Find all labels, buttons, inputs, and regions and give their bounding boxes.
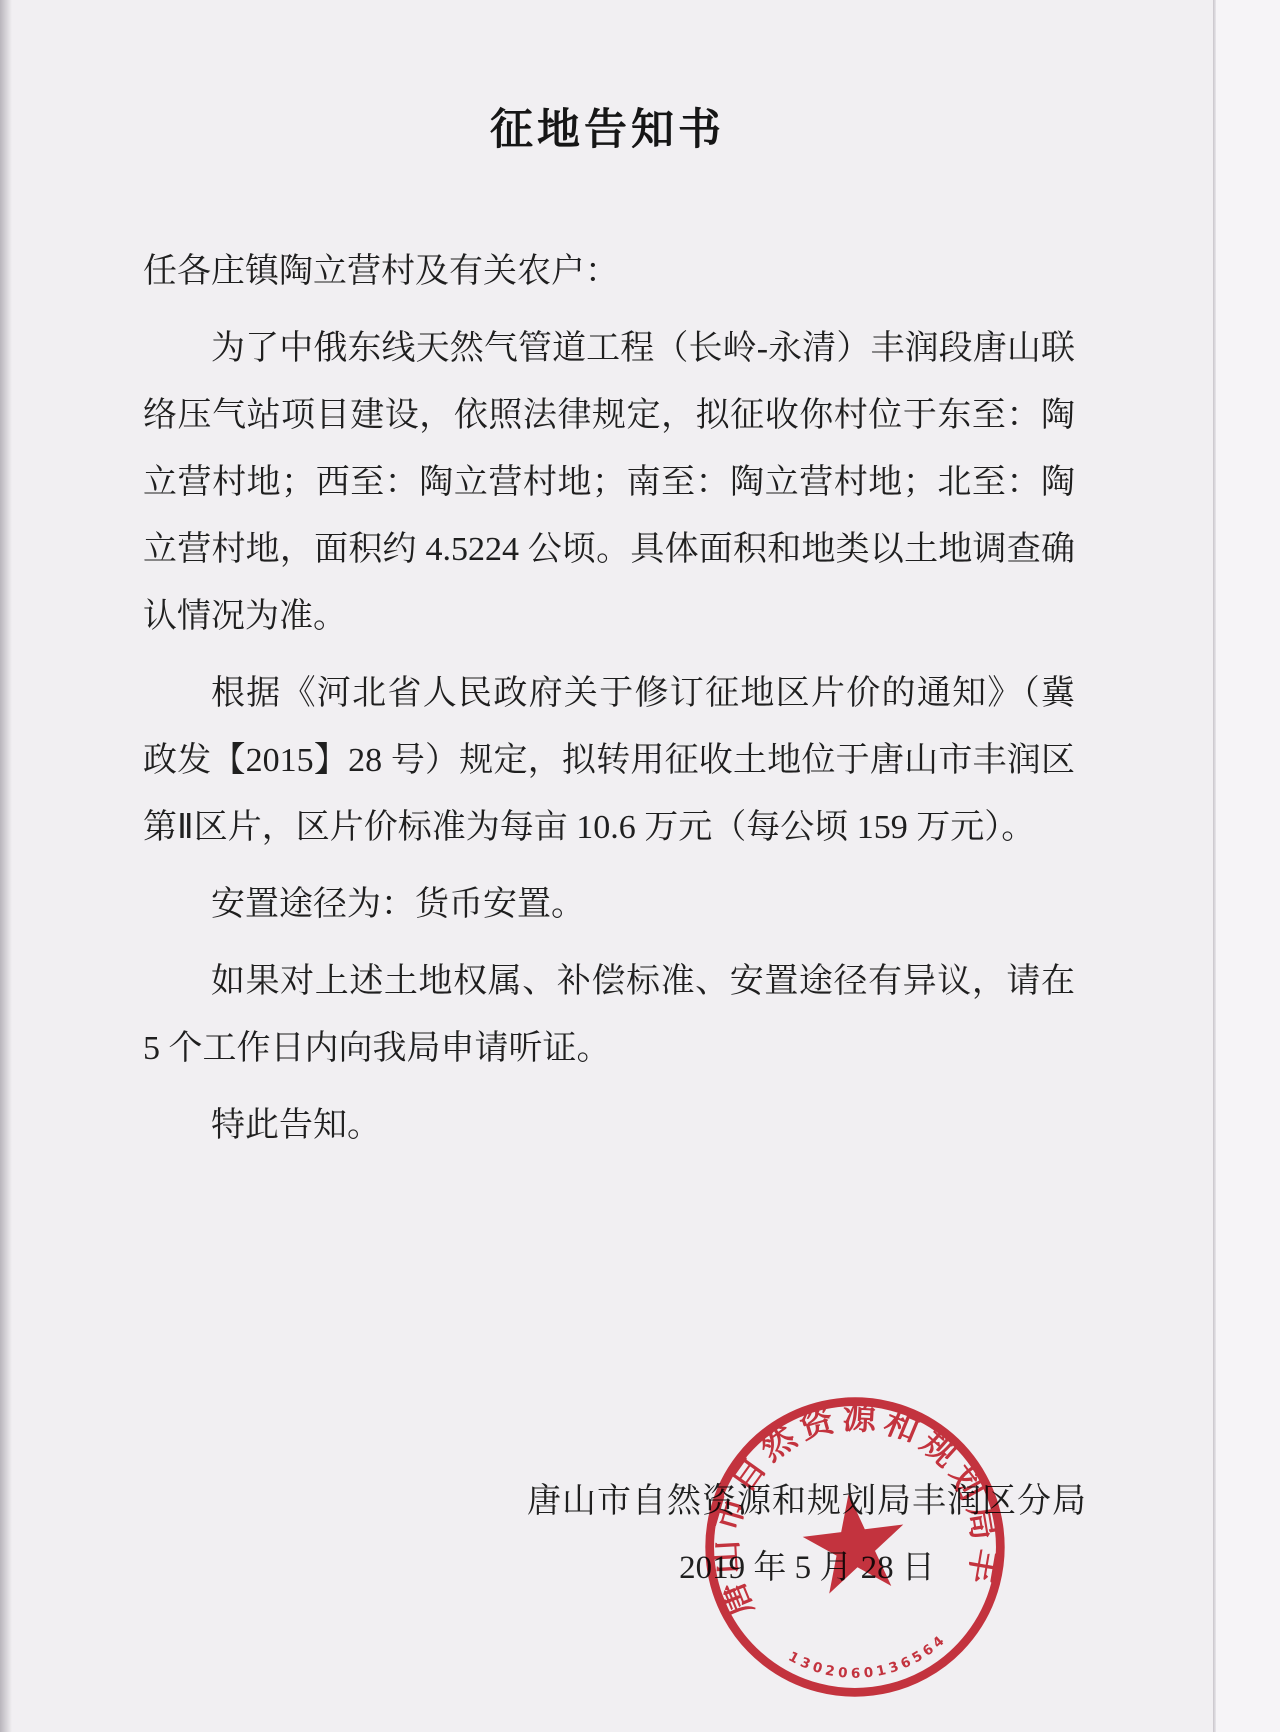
issuer-name: 唐山市自然资源和规划局丰润区分局 xyxy=(462,1480,1152,1524)
issue-date: 2019 年 5 月 28 日 xyxy=(462,1548,1152,1588)
scan-crease-line xyxy=(1213,0,1216,1732)
paragraph-compensation: 根据《河北省人民政府关于修订征地区片价的通知》（冀政发【2015】28 号）规定… xyxy=(143,660,1075,861)
paragraph-closing: 特此告知。 xyxy=(143,1092,1075,1159)
paragraph-hearing: 如果对上述土地权属、补偿标准、安置途径有异议，请在 5 个工作日内向我局申请听证… xyxy=(143,948,1075,1082)
page-edge-strip xyxy=(1216,0,1280,1732)
signature-block: 唐山市自然资源和规划局丰润区分局 2019 年 5 月 28 日 xyxy=(462,1480,1152,1588)
document-body: 任各庄镇陶立营村及有关农户： 为了中俄东线天然气管道工程（长岭-永清）丰润段唐山… xyxy=(143,238,1075,1159)
paragraph-resettlement: 安置途径为：货币安置。 xyxy=(143,871,1075,938)
salutation-line: 任各庄镇陶立营村及有关农户： xyxy=(143,238,1075,305)
scanned-document-page: 征地告知书 任各庄镇陶立营村及有关农户： 为了中俄东线天然气管道工程（长岭-永清… xyxy=(0,0,1280,1732)
document-title: 征地告知书 xyxy=(0,96,1215,157)
seal-serial-number: 1302060136564 xyxy=(784,1630,954,1691)
paragraph-project: 为了中俄东线天然气管道工程（长岭-永清）丰润段唐山联络压气站项目建设，依照法律规… xyxy=(143,315,1075,650)
